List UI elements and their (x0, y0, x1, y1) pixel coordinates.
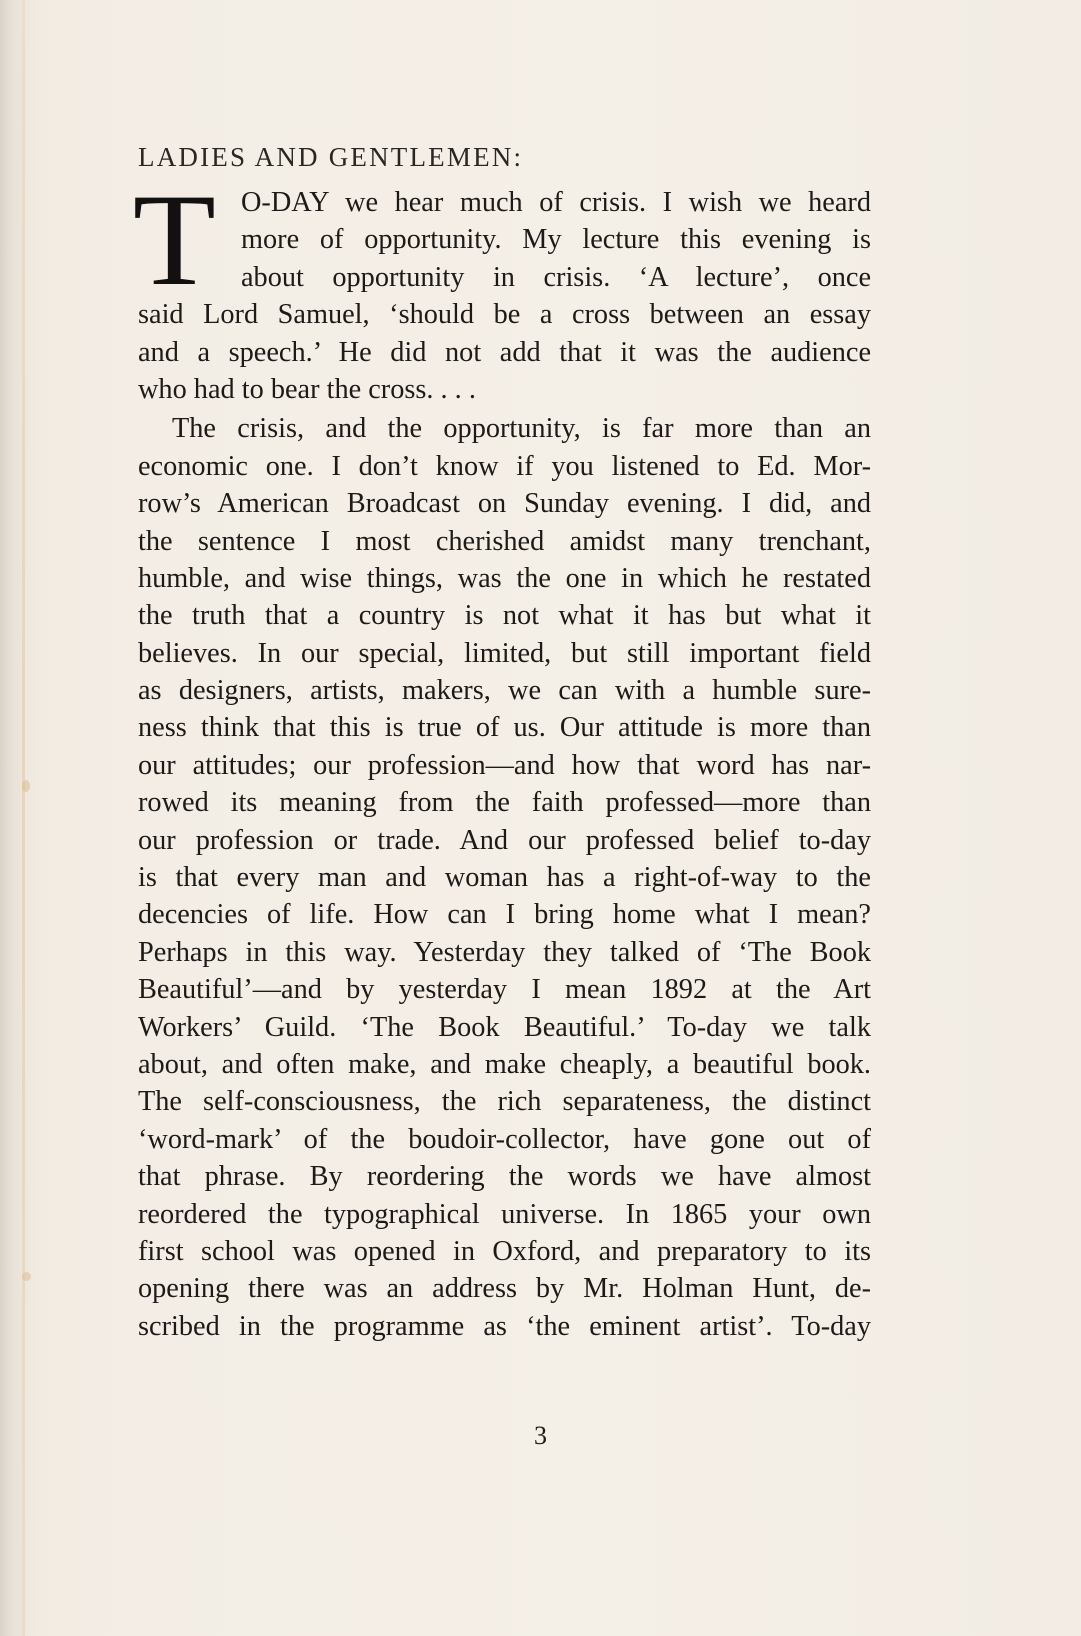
page-number: 3 (0, 1421, 1081, 1451)
text-line: the truth that a country is not what it … (138, 597, 871, 634)
text-line: the sentence I most cherished amidst man… (138, 523, 871, 560)
text-line: humble, and wise things, was the one in … (138, 560, 871, 597)
text-line: Perhaps in this way. Yesterday they talk… (138, 934, 871, 971)
text-line: decencies of life. How can I bring home … (138, 896, 871, 933)
text-line: Workers’ Guild. ‘The Book Beautiful.’ To… (138, 1009, 871, 1046)
book-page: LADIES AND GENTLEMEN: T O-DAY we hear mu… (0, 0, 1081, 1636)
text-line: our attitudes; our profession—and how th… (138, 747, 871, 784)
text-line: who had to bear the cross. . . . (138, 371, 871, 408)
text-line: our profession or trade. And our profess… (138, 822, 871, 859)
text-line: O-DAY we hear much of crisis. I wish we … (138, 184, 871, 221)
paper-stain (22, 1272, 31, 1281)
paragraph-1: T O-DAY we hear much of crisis. I wish w… (138, 184, 871, 408)
text-line: The self-consciousness, the rich separat… (138, 1083, 871, 1120)
text-line: is that every man and woman has a right-… (138, 859, 871, 896)
text-line: row’s American Broadcast on Sunday eveni… (138, 485, 871, 522)
page-gutter-shadow (22, 0, 25, 1636)
text-line: reordered the typographical universe. In… (138, 1196, 871, 1233)
text-line: ness think that this is true of us. Our … (138, 709, 871, 746)
text-line: more of opportunity. My lecture this eve… (138, 221, 871, 258)
text-line: about, and often make, and make cheaply,… (138, 1046, 871, 1083)
text-line: opening there was an address by Mr. Holm… (138, 1270, 871, 1307)
salutation-heading: LADIES AND GENTLEMEN: (138, 140, 871, 184)
text-line: The crisis, and the opportunity, is far … (138, 410, 871, 447)
text-line: that phrase. By reordering the words we … (138, 1158, 871, 1195)
drop-cap: T (133, 186, 216, 298)
text-line: and a speech.’ He did not add that it wa… (138, 334, 871, 371)
text-line: as designers, artists, makers, we can wi… (138, 672, 871, 709)
paragraph-2: The crisis, and the opportunity, is far … (138, 410, 871, 1345)
text-line: about opportunity in crisis. ‘A lecture’… (138, 259, 871, 296)
body-text: LADIES AND GENTLEMEN: T O-DAY we hear mu… (138, 140, 871, 1345)
text-line: believes. In our special, limited, but s… (138, 635, 871, 672)
text-line: first school was opened in Oxford, and p… (138, 1233, 871, 1270)
text-line: economic one. I don’t know if you listen… (138, 448, 871, 485)
paper-stain (22, 780, 30, 792)
text-line: scribed in the programme as ‘the eminent… (138, 1308, 871, 1345)
text-line: rowed its meaning from the faith profess… (138, 784, 871, 821)
text-line: said Lord Samuel, ‘should be a cross bet… (138, 296, 871, 333)
text-line: ‘word-mark’ of the boudoir-collector, ha… (138, 1121, 871, 1158)
text-line: Beautiful’—and by yesterday I mean 1892 … (138, 971, 871, 1008)
